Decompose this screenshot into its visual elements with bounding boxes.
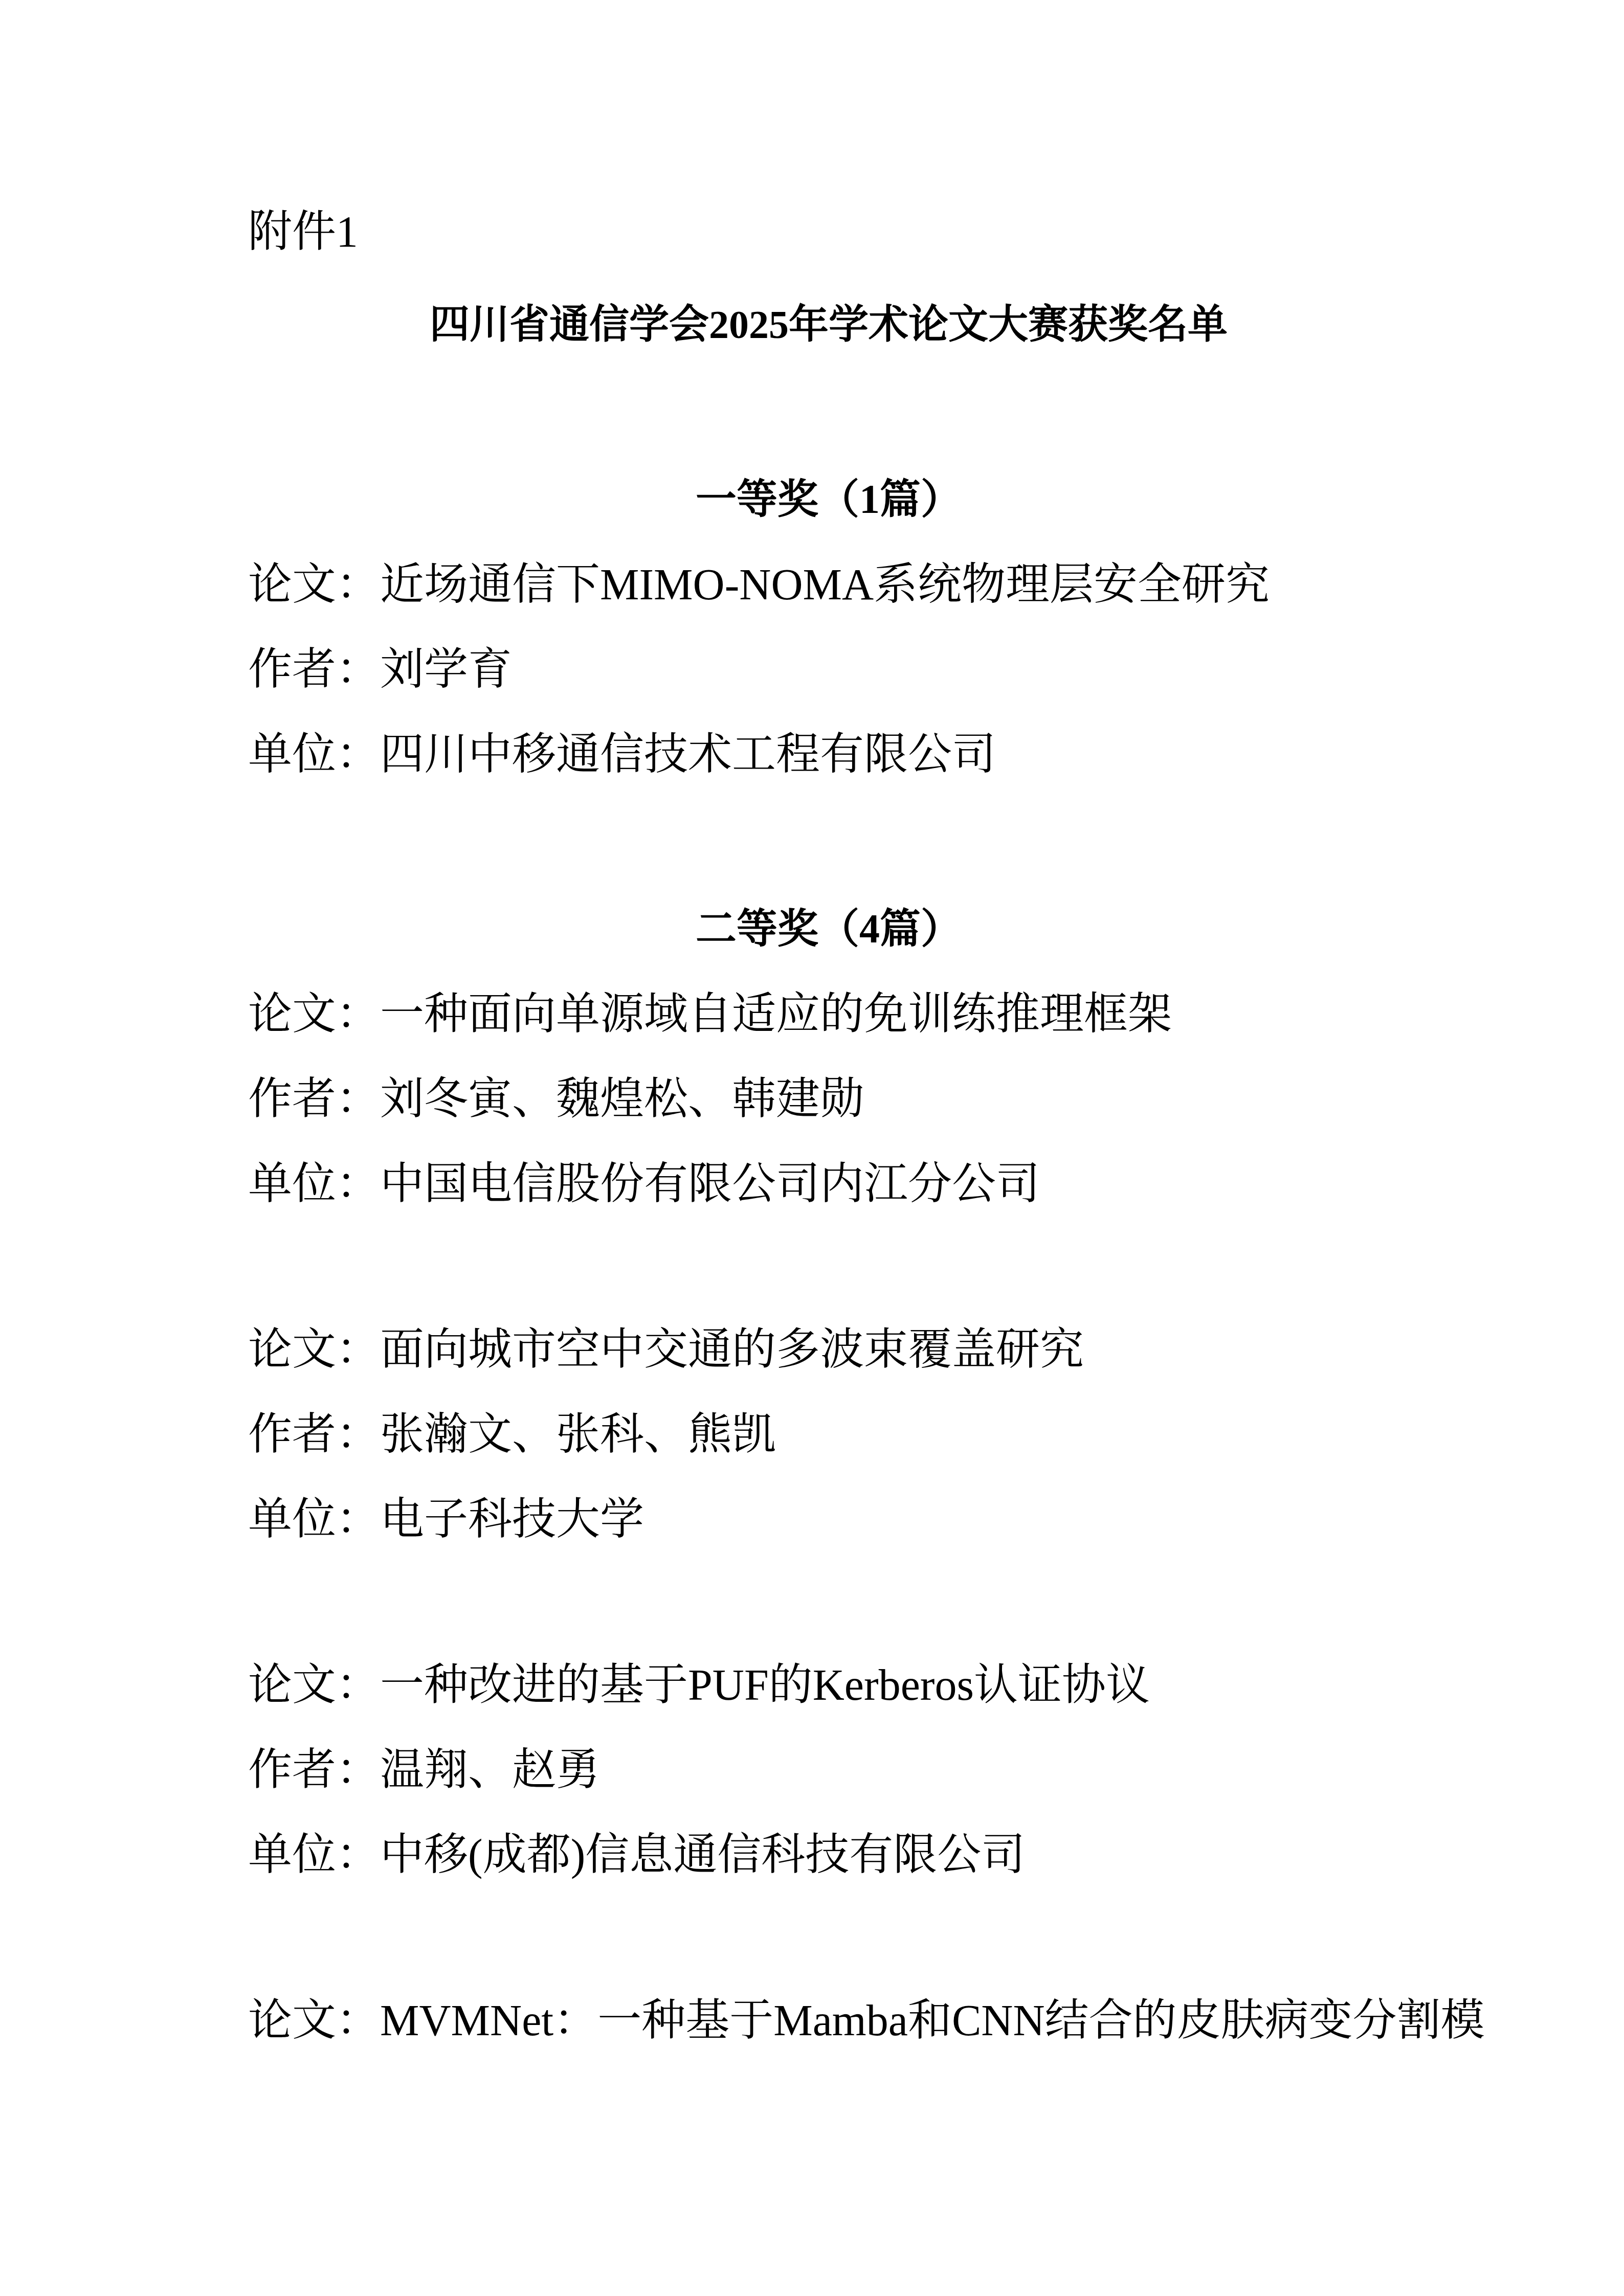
organization: 电子科技大学 xyxy=(380,1495,644,1544)
paper-title: MVMNet：一种基于Mamba和CNN结合的皮肤病变分割模 xyxy=(380,1996,1485,2045)
org-line: 单位：中国电信股份有限公司内江分公司 xyxy=(248,1141,1409,1226)
award-entry: 论文：近场通信下MIMO-NOMA系统物理层安全研究 作者：刘学育 单位：四川中… xyxy=(248,542,1409,797)
paper-label: 论文： xyxy=(248,1996,380,2045)
award-heading-first-prize: 一等奖（1篇） xyxy=(248,457,1409,542)
authors-line: 作者：刘冬寅、魏煌松、韩建勋 xyxy=(248,1056,1409,1141)
org-label: 单位： xyxy=(248,1159,380,1208)
authors: 刘学育 xyxy=(380,645,512,694)
authors: 张瀚文、张科、熊凯 xyxy=(380,1410,776,1459)
authors-line: 作者：温翔、赵勇 xyxy=(248,1727,1409,1812)
paper-line: 论文：一种面向单源域自适应的免训练推理框架 xyxy=(248,972,1409,1056)
org-line: 单位：电子科技大学 xyxy=(248,1477,1409,1562)
paper-title: 面向城市空中交通的多波束覆盖研究 xyxy=(380,1325,1084,1374)
authors-label: 作者： xyxy=(248,1074,380,1123)
authors-label: 作者： xyxy=(248,1745,380,1794)
authors-label: 作者： xyxy=(248,1410,380,1459)
award-entry: 论文：一种面向单源域自适应的免训练推理框架 作者：刘冬寅、魏煌松、韩建勋 单位：… xyxy=(248,972,1409,1226)
authors-line: 作者：刘学育 xyxy=(248,627,1409,712)
paper-label: 论文： xyxy=(248,1325,380,1374)
organization: 中国电信股份有限公司内江分公司 xyxy=(380,1159,1040,1208)
award-entry-truncated: 论文：MVMNet：一种基于Mamba和CNN结合的皮肤病变分割模 xyxy=(248,1978,1409,2063)
paper-title: 一种改进的基于PUF的Kerberos认证协议 xyxy=(380,1660,1150,1709)
org-line: 单位：中移(成都)信息通信科技有限公司 xyxy=(248,1812,1409,1897)
org-label: 单位： xyxy=(248,1830,380,1879)
paper-line: 论文：一种改进的基于PUF的Kerberos认证协议 xyxy=(248,1642,1409,1727)
paper-line: 论文：近场通信下MIMO-NOMA系统物理层安全研究 xyxy=(248,542,1409,627)
award-heading-second-prize: 二等奖（4篇） xyxy=(248,887,1409,972)
paper-label: 论文： xyxy=(248,560,380,609)
organization: 中移(成都)信息通信科技有限公司 xyxy=(380,1830,1025,1879)
authors: 温翔、赵勇 xyxy=(380,1745,600,1794)
org-label: 单位： xyxy=(248,1495,380,1544)
document-page: 附件1 四川省通信学会2025年学术论文大赛获奖名单 一等奖（1篇） 论文：近场… xyxy=(0,0,1624,2296)
award-entry: 论文：面向城市空中交通的多波束覆盖研究 作者：张瀚文、张科、熊凯 单位：电子科技… xyxy=(248,1307,1409,1562)
document-title: 四川省通信学会2025年学术论文大赛获奖名单 xyxy=(248,282,1409,367)
org-label: 单位： xyxy=(248,730,380,779)
paper-line: 论文：MVMNet：一种基于Mamba和CNN结合的皮肤病变分割模 xyxy=(248,1978,1409,2063)
paper-title: 近场通信下MIMO-NOMA系统物理层安全研究 xyxy=(380,560,1270,609)
authors-line: 作者：张瀚文、张科、熊凯 xyxy=(248,1392,1409,1477)
award-entry: 论文：一种改进的基于PUF的Kerberos认证协议 作者：温翔、赵勇 单位：中… xyxy=(248,1642,1409,1897)
paper-label: 论文： xyxy=(248,1660,380,1709)
org-line: 单位：四川中移通信技术工程有限公司 xyxy=(248,712,1409,797)
authors-label: 作者： xyxy=(248,645,380,694)
paper-title: 一种面向单源域自适应的免训练推理框架 xyxy=(380,989,1172,1039)
attachment-label: 附件1 xyxy=(248,189,1409,274)
organization: 四川中移通信技术工程有限公司 xyxy=(380,730,996,779)
paper-line: 论文：面向城市空中交通的多波束覆盖研究 xyxy=(248,1307,1409,1392)
paper-label: 论文： xyxy=(248,989,380,1039)
authors: 刘冬寅、魏煌松、韩建勋 xyxy=(380,1074,864,1123)
